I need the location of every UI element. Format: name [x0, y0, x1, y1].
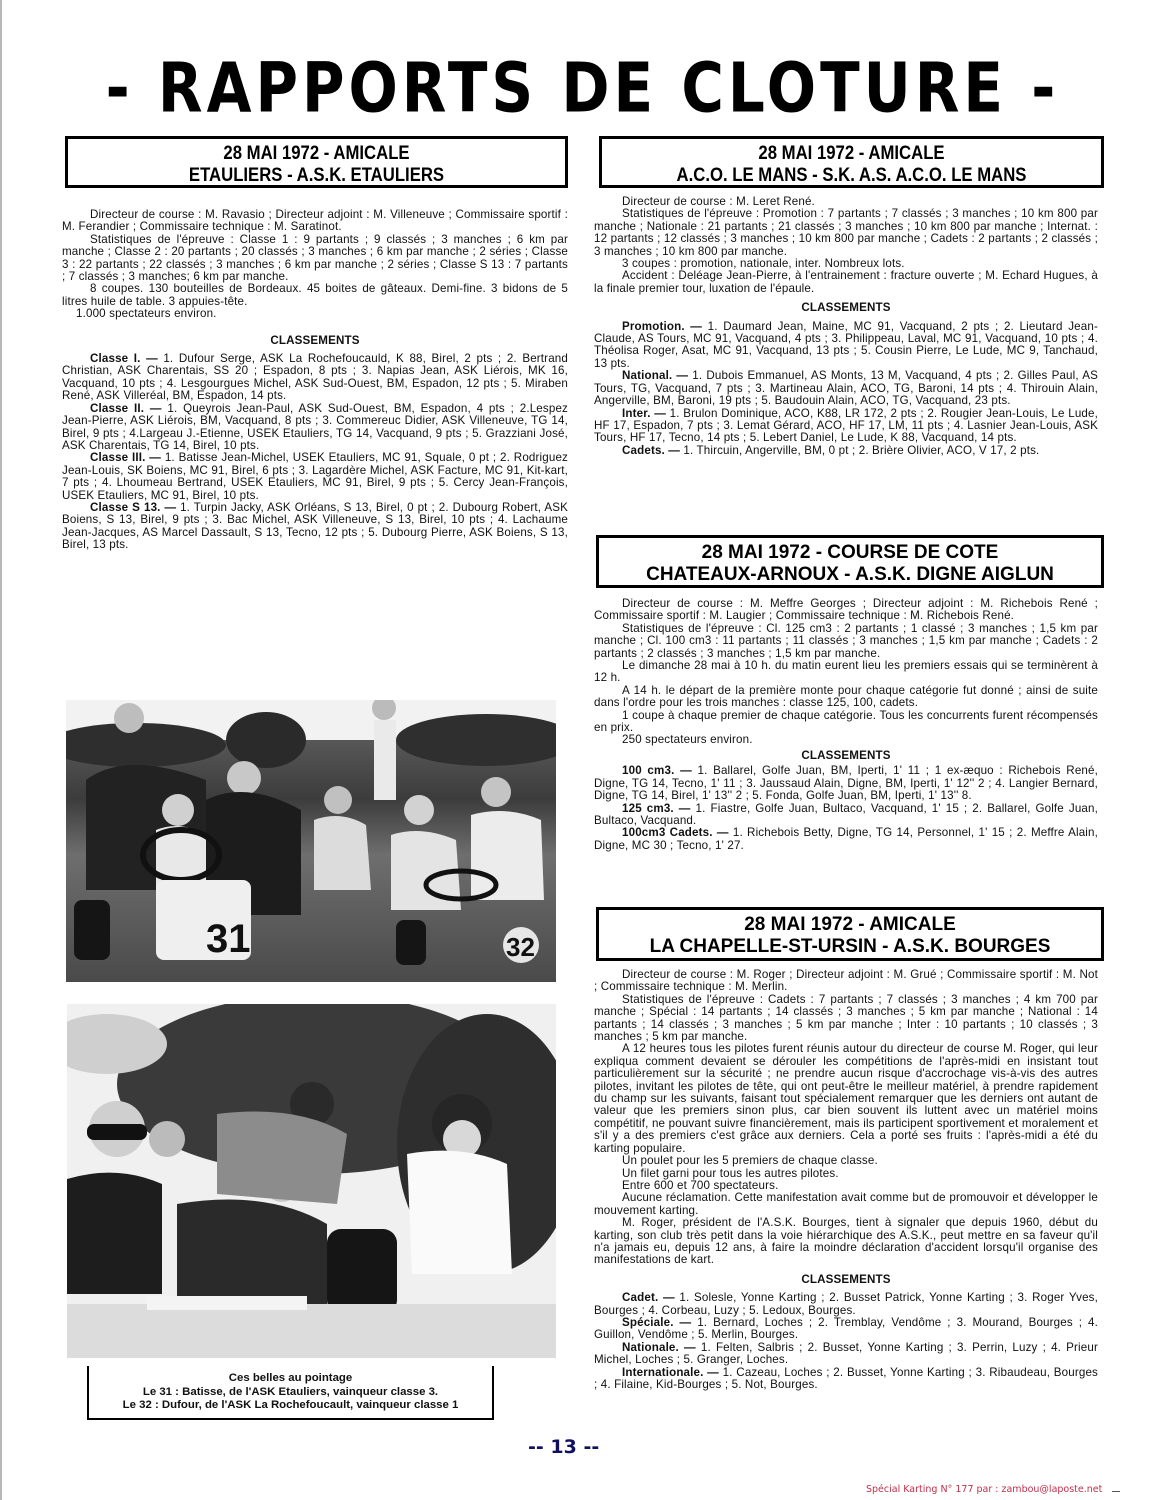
page-number: -- 13 -- [528, 1436, 599, 1458]
class-label: Classe II. — [90, 402, 162, 415]
paragraph: 250 spectateurs environ. [594, 734, 1098, 746]
classement-entry: Classe II. — 1. Queyrois Jean-Paul, ASK … [62, 403, 568, 453]
paragraph: Directeur de course : M. Roger ; Directe… [594, 969, 1098, 994]
kart-number-31: 31 [206, 917, 251, 961]
classements-heading: CLASSEMENTS [62, 335, 568, 347]
classement-entry: Classe I. — 1. Dufour Serge, ASK La Roch… [62, 353, 568, 403]
paragraph: 8 coupes. 130 bouteilles de Bordeaux. 45… [62, 283, 568, 308]
article-header-line2: A.C.O. LE MANS - S.K. A.S. A.C.O. LE MAN… [632, 165, 1071, 187]
class-label: Inter. — [622, 407, 666, 420]
paragraph: Statistiques de l'épreuve : Classe 1 : 9… [62, 234, 568, 284]
left-page-edge [0, 0, 2, 1500]
classements-heading: CLASSEMENTS [594, 750, 1098, 762]
scoring-table-photo-illustration [67, 1004, 556, 1358]
paragraph: A 14 h. le départ de la première monte p… [594, 685, 1098, 710]
article-header-etauliers: 28 MAI 1972 - AMICALE ETAULIERS - A.S.K.… [65, 136, 568, 188]
photo-kart-drivers: 31 32 [66, 700, 556, 982]
article-header-la-chapelle: 28 MAI 1972 - AMICALE LA CHAPELLE-ST-URS… [596, 907, 1104, 961]
article-body-le-mans: Directeur de course : M. Leret René. Sta… [594, 196, 1098, 457]
class-label: Classe S 13. — [90, 501, 176, 514]
class-label: Spéciale. — [622, 1316, 691, 1329]
paragraph: Statistiques de l'épreuve : Promotion : … [594, 208, 1098, 258]
class-label: Nationale. — [622, 1341, 696, 1354]
class-label: 100 cm3. — [622, 764, 692, 777]
article-header-line1: 28 MAI 1972 - AMICALE [599, 914, 1101, 936]
footer-credit-text: Spécial Karting N° 177 par : zambou@lapo… [866, 1484, 1102, 1495]
kart-drivers-photo-illustration: 31 32 [66, 700, 556, 982]
article-header-line2: ETAULIERS - A.S.K. ETAULIERS [98, 165, 535, 187]
classements-heading: CLASSEMENTS [594, 302, 1098, 314]
class-label: National. — [622, 369, 688, 382]
footer-underscore [1112, 1491, 1120, 1492]
class-label: Classe III. — [90, 451, 161, 464]
article-header-line2: LA CHAPELLE-ST-URSIN - A.S.K. BOURGES [599, 936, 1101, 958]
kart-number-32: 32 [506, 932, 535, 962]
paragraph: M. Roger, président de l'A.S.K. Bourges,… [594, 1217, 1098, 1267]
article-header-chateaux-arnoux: 28 MAI 1972 - COURSE DE COTE CHATEAUX-AR… [596, 535, 1104, 588]
class-label: 100cm3 Cadets. — [622, 826, 729, 839]
article-body-la-chapelle: Directeur de course : M. Roger ; Directe… [594, 969, 1098, 1391]
classement-entry: Spéciale. — 1. Bernard, Loches ; 2. Trem… [594, 1317, 1098, 1342]
paragraph: Aucune réclamation. Cette manifestation … [594, 1192, 1098, 1217]
caption-line2: Le 31 : Batisse, de l'ASK Etauliers, vai… [89, 1386, 492, 1400]
paragraph: Directeur de course : M. Ravasio ; Direc… [62, 209, 568, 234]
class-label: Promotion. — [622, 320, 702, 333]
page-title: - RAPPORTS DE CLOTURE - [0, 48, 1165, 128]
photo-caption: Ces belles au pointage Le 31 : Batisse, … [87, 1366, 494, 1420]
classement-entry: Inter. — 1. Brulon Dominique, ACO, K88, … [594, 408, 1098, 445]
classement-entry: Promotion. — 1. Daumard Jean, Maine, MC … [594, 321, 1098, 371]
caption-line1: Ces belles au pointage [89, 1372, 492, 1386]
class-results: 1. Thircuin, Angerville, BM, 0 pt ; 2. B… [680, 444, 1039, 457]
paragraph: Le dimanche 28 mai à 10 h. du matin eure… [594, 660, 1098, 685]
class-label: Classe I. — [90, 352, 158, 365]
classement-entry: Nationale. — 1. Felten, Salbris ; 2. Bus… [594, 1342, 1098, 1367]
class-label: Internationale. — [622, 1366, 719, 1379]
paragraph: Un poulet pour les 5 premiers de chaque … [594, 1155, 1098, 1167]
classement-entry: 100cm3 Cadets. — 1. Richebois Betty, Dig… [594, 827, 1098, 852]
article-header-line2: CHATEAUX-ARNOUX - A.S.K. DIGNE AIGLUN [599, 564, 1101, 586]
classement-entry: National. — 1. Dubois Emmanuel, AS Monts… [594, 370, 1098, 407]
class-label: Cadet. — [622, 1291, 675, 1304]
classement-entry: 125 cm3. — 1. Fiastre, Golfe Juan, Bulta… [594, 803, 1098, 828]
photo-scoring-table [67, 1004, 556, 1358]
paragraph: 1 coupe à chaque premier de chaque catég… [594, 710, 1098, 735]
article-header-line1: 28 MAI 1972 - AMICALE [632, 143, 1071, 165]
article-body-chateaux-arnoux: Directeur de course : M. Meffre Georges … [594, 598, 1098, 852]
classement-entry: Cadets. — 1. Thircuin, Angerville, BM, 0… [594, 445, 1098, 457]
article-header-le-mans: 28 MAI 1972 - AMICALE A.C.O. LE MANS - S… [599, 136, 1104, 188]
classement-entry: Cadet. — 1. Solesle, Yonne Karting ; 2. … [594, 1292, 1098, 1317]
article-body-etauliers: Directeur de course : M. Ravasio ; Direc… [62, 209, 568, 552]
class-label: 125 cm3. — [622, 802, 691, 815]
class-results: 1. Brulon Dominique, ACO, K88, LR 172, 2… [594, 407, 1098, 445]
caption-line3: Le 32 : Dufour, de l'ASK La Rochefoucaul… [89, 1399, 492, 1413]
paragraph: Directeur de course : M. Meffre Georges … [594, 598, 1098, 623]
classement-entry: Classe S 13. — 1. Turpin Jacky, ASK Orlé… [62, 502, 568, 552]
paragraph: A 12 heures tous les pilotes furent réun… [594, 1043, 1098, 1155]
article-header-line1: 28 MAI 1972 - COURSE DE COTE [599, 542, 1101, 564]
paragraph: Statistiques de l'épreuve : Cadets : 7 p… [594, 994, 1098, 1044]
paragraph: 1.000 spectateurs environ. [62, 308, 568, 320]
paragraph: Statistiques de l'épreuve : Cl. 125 cm3 … [594, 623, 1098, 660]
footer-credit: Spécial Karting N° 177 par : zambou@lapo… [866, 1484, 1120, 1495]
classements-heading: CLASSEMENTS [594, 1274, 1098, 1286]
classement-entry: Internationale. — 1. Cazeau, Loches ; 2.… [594, 1367, 1098, 1392]
classement-entry: Classe III. — 1. Batisse Jean-Michel, US… [62, 452, 568, 502]
article-header-line1: 28 MAI 1972 - AMICALE [98, 143, 535, 165]
classement-entry: 100 cm3. — 1. Ballarel, Golfe Juan, BM, … [594, 765, 1098, 802]
paragraph: Accident : Deléage Jean-Pierre, à l'entr… [594, 270, 1098, 295]
class-label: Cadets. — [622, 444, 680, 457]
